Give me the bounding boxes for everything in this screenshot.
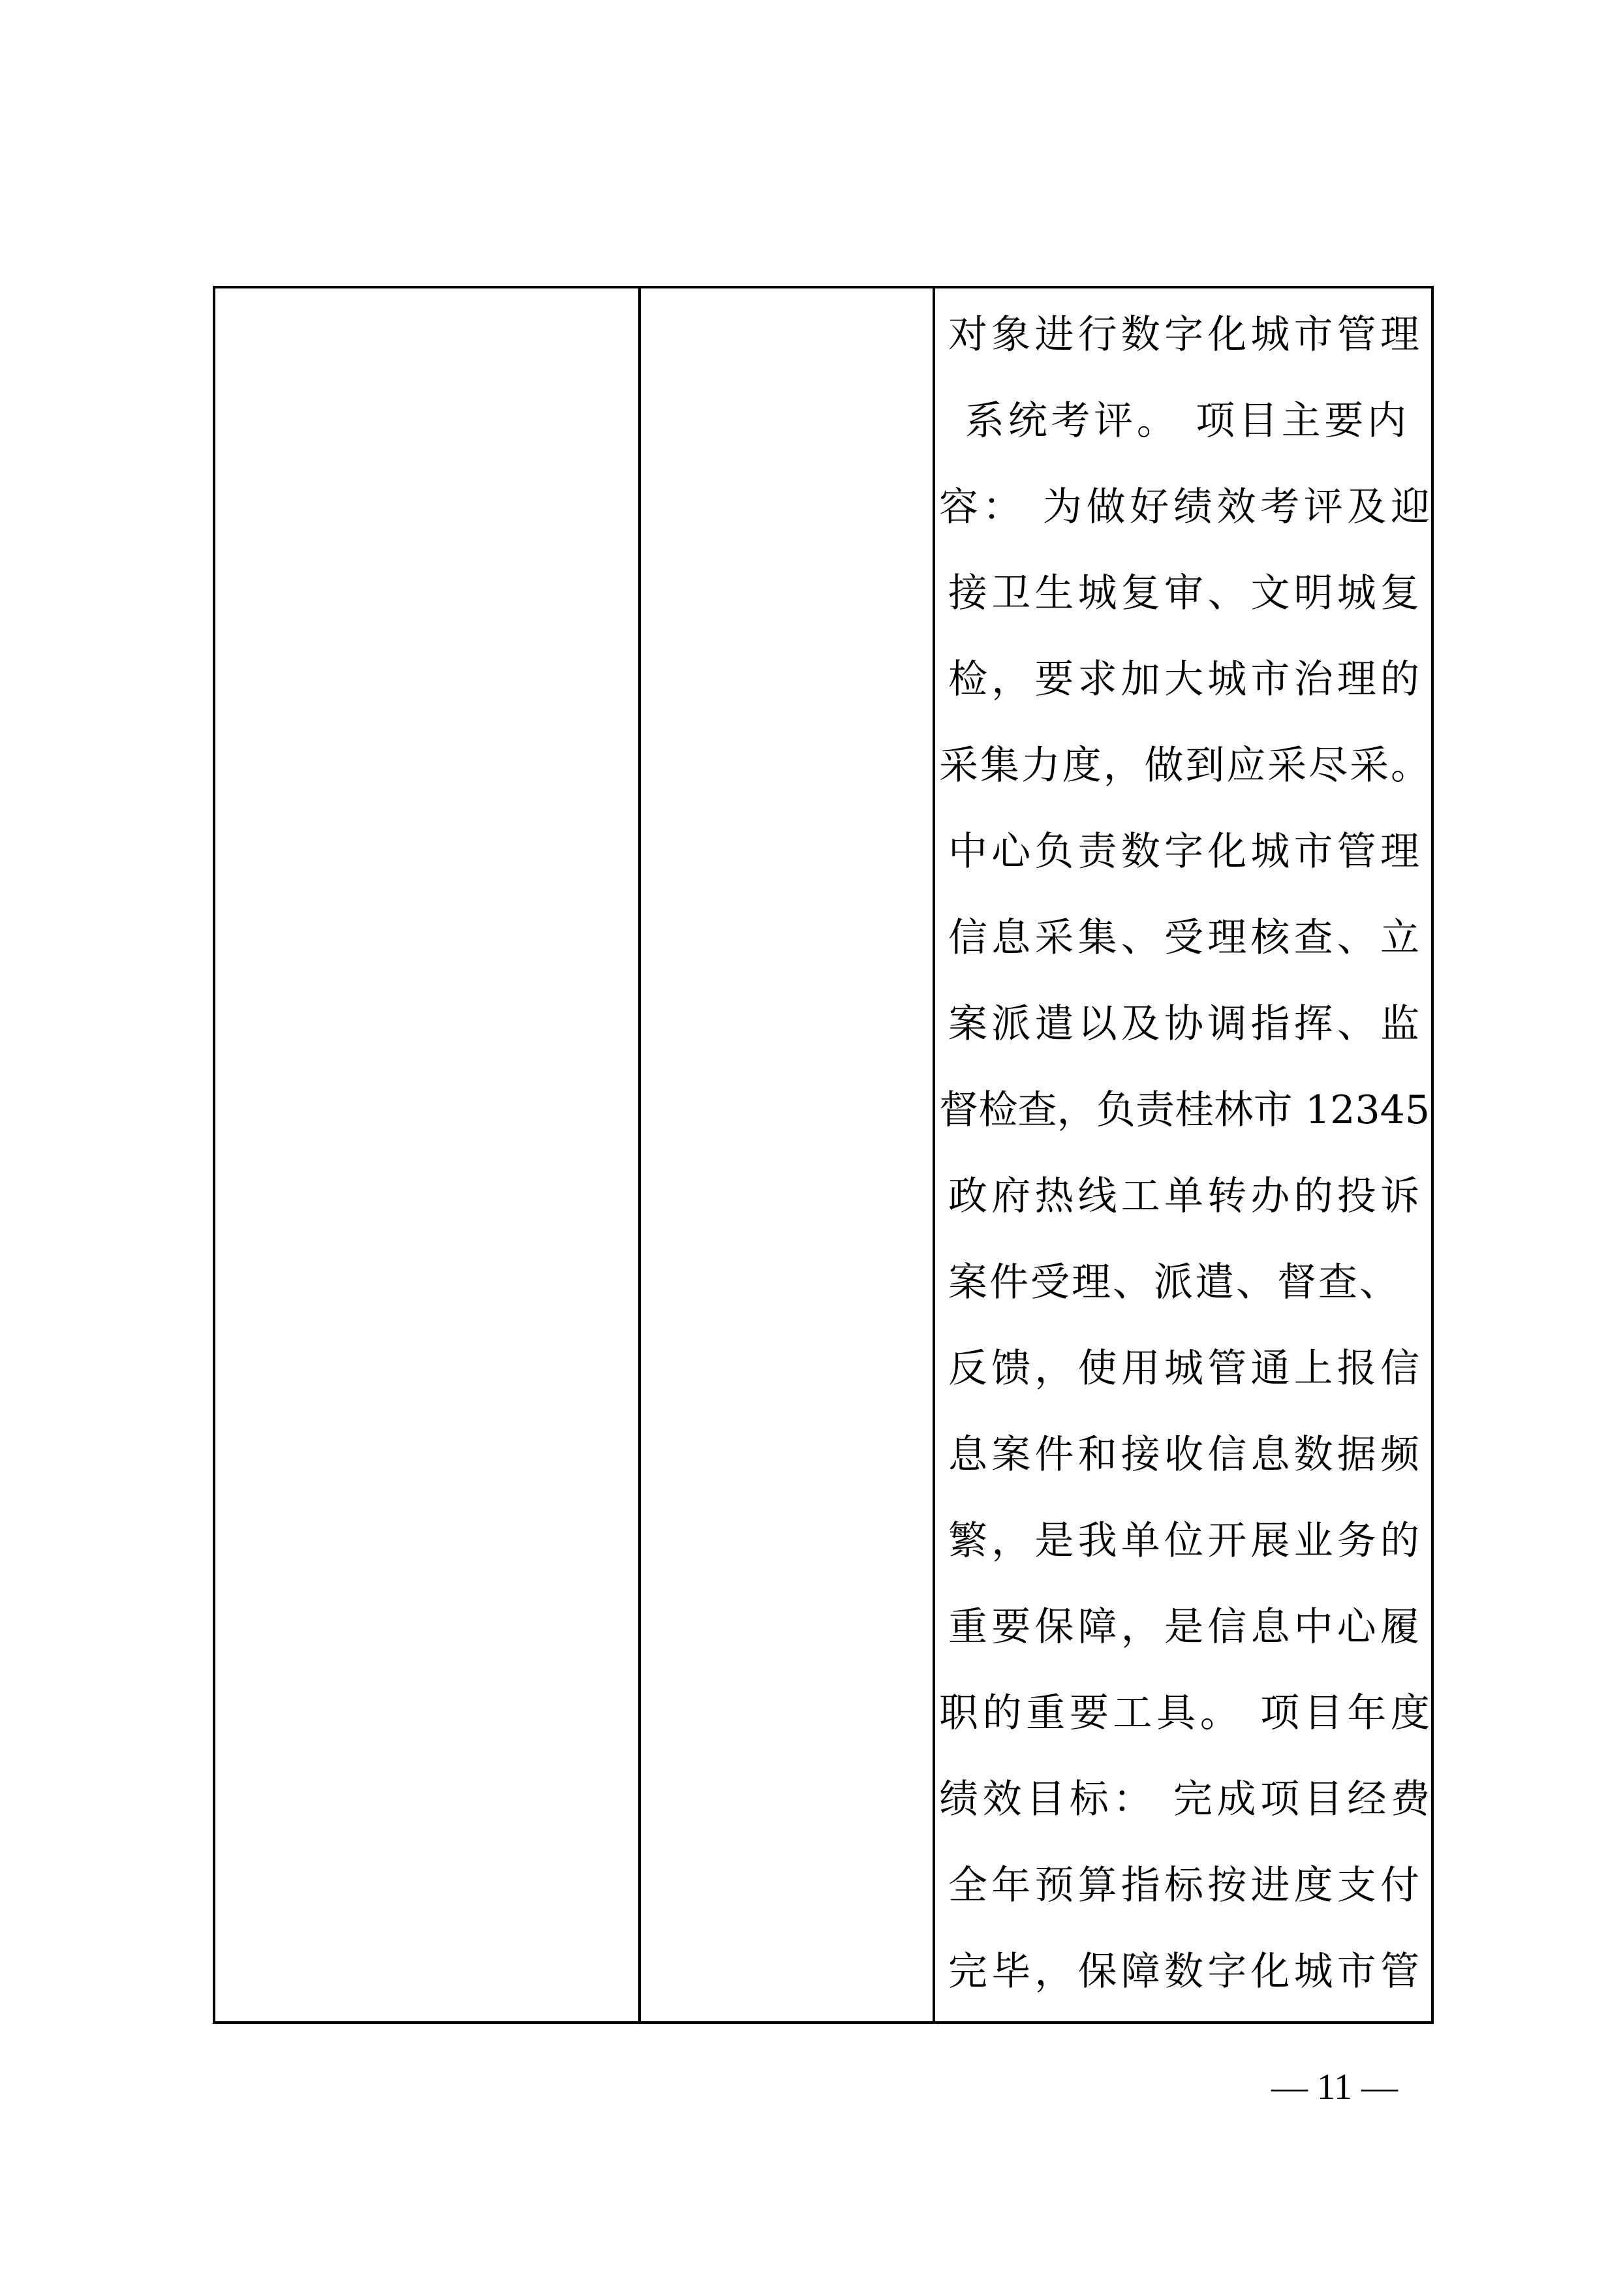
- text-line: 案件受理、派遣、督查、: [948, 1256, 1399, 1309]
- text-line: 系统考评。 项目主要内: [965, 395, 1406, 447]
- text-line: 容： 为做好绩效考评及迎: [939, 481, 1430, 533]
- text-line: 完毕，保障数字化城市管: [948, 1946, 1419, 1998]
- text-line: 对象进行数字化城市管理: [948, 309, 1419, 361]
- text-line: 反馈，使用城管通上报信: [948, 1342, 1419, 1395]
- text-line: 重要保障，是信息中心履: [948, 1601, 1419, 1653]
- table-cell-col2: [641, 288, 933, 2021]
- text-line: 督检查，负责桂林市 12345: [939, 1084, 1430, 1136]
- text-line: 接卫生城复审、文明城复: [948, 567, 1419, 619]
- project-table: 对象进行数字化城市管理 系统考评。 项目主要内 容： 为做好绩效考评及迎 接卫生…: [213, 286, 1434, 2024]
- page-number: — 11 —: [1256, 2068, 1413, 2107]
- text-line: 政府热线工单转办的投诉: [948, 1170, 1419, 1222]
- text-line: 采集力度，做到应采尽采。: [939, 739, 1430, 792]
- text-line: 检，要求加大城市治理的: [948, 653, 1419, 706]
- text-line: 全年预算指标按进度支付: [948, 1859, 1419, 1912]
- text-line: 繁，是我单位开展业务的: [948, 1515, 1419, 1567]
- document-page: 对象进行数字化城市管理 系统考评。 项目主要内 容： 为做好绩效考评及迎 接卫生…: [0, 0, 1623, 2296]
- text-line: 信息采集、受理核查、立: [948, 912, 1419, 964]
- text-line: 中心负责数字化城市管理: [948, 826, 1419, 878]
- text-line: 绩效目标： 完成项目经费: [939, 1773, 1430, 1825]
- table-cell-col1: [215, 288, 638, 2021]
- text-line: 职的重要工具。 项目年度: [939, 1687, 1430, 1739]
- text-line: 案派遣以及协调指挥、监: [948, 998, 1419, 1050]
- table-cell-description: 对象进行数字化城市管理 系统考评。 项目主要内 容： 为做好绩效考评及迎 接卫生…: [935, 288, 1434, 2021]
- text-line: 息案件和接收信息数据频: [948, 1429, 1419, 1481]
